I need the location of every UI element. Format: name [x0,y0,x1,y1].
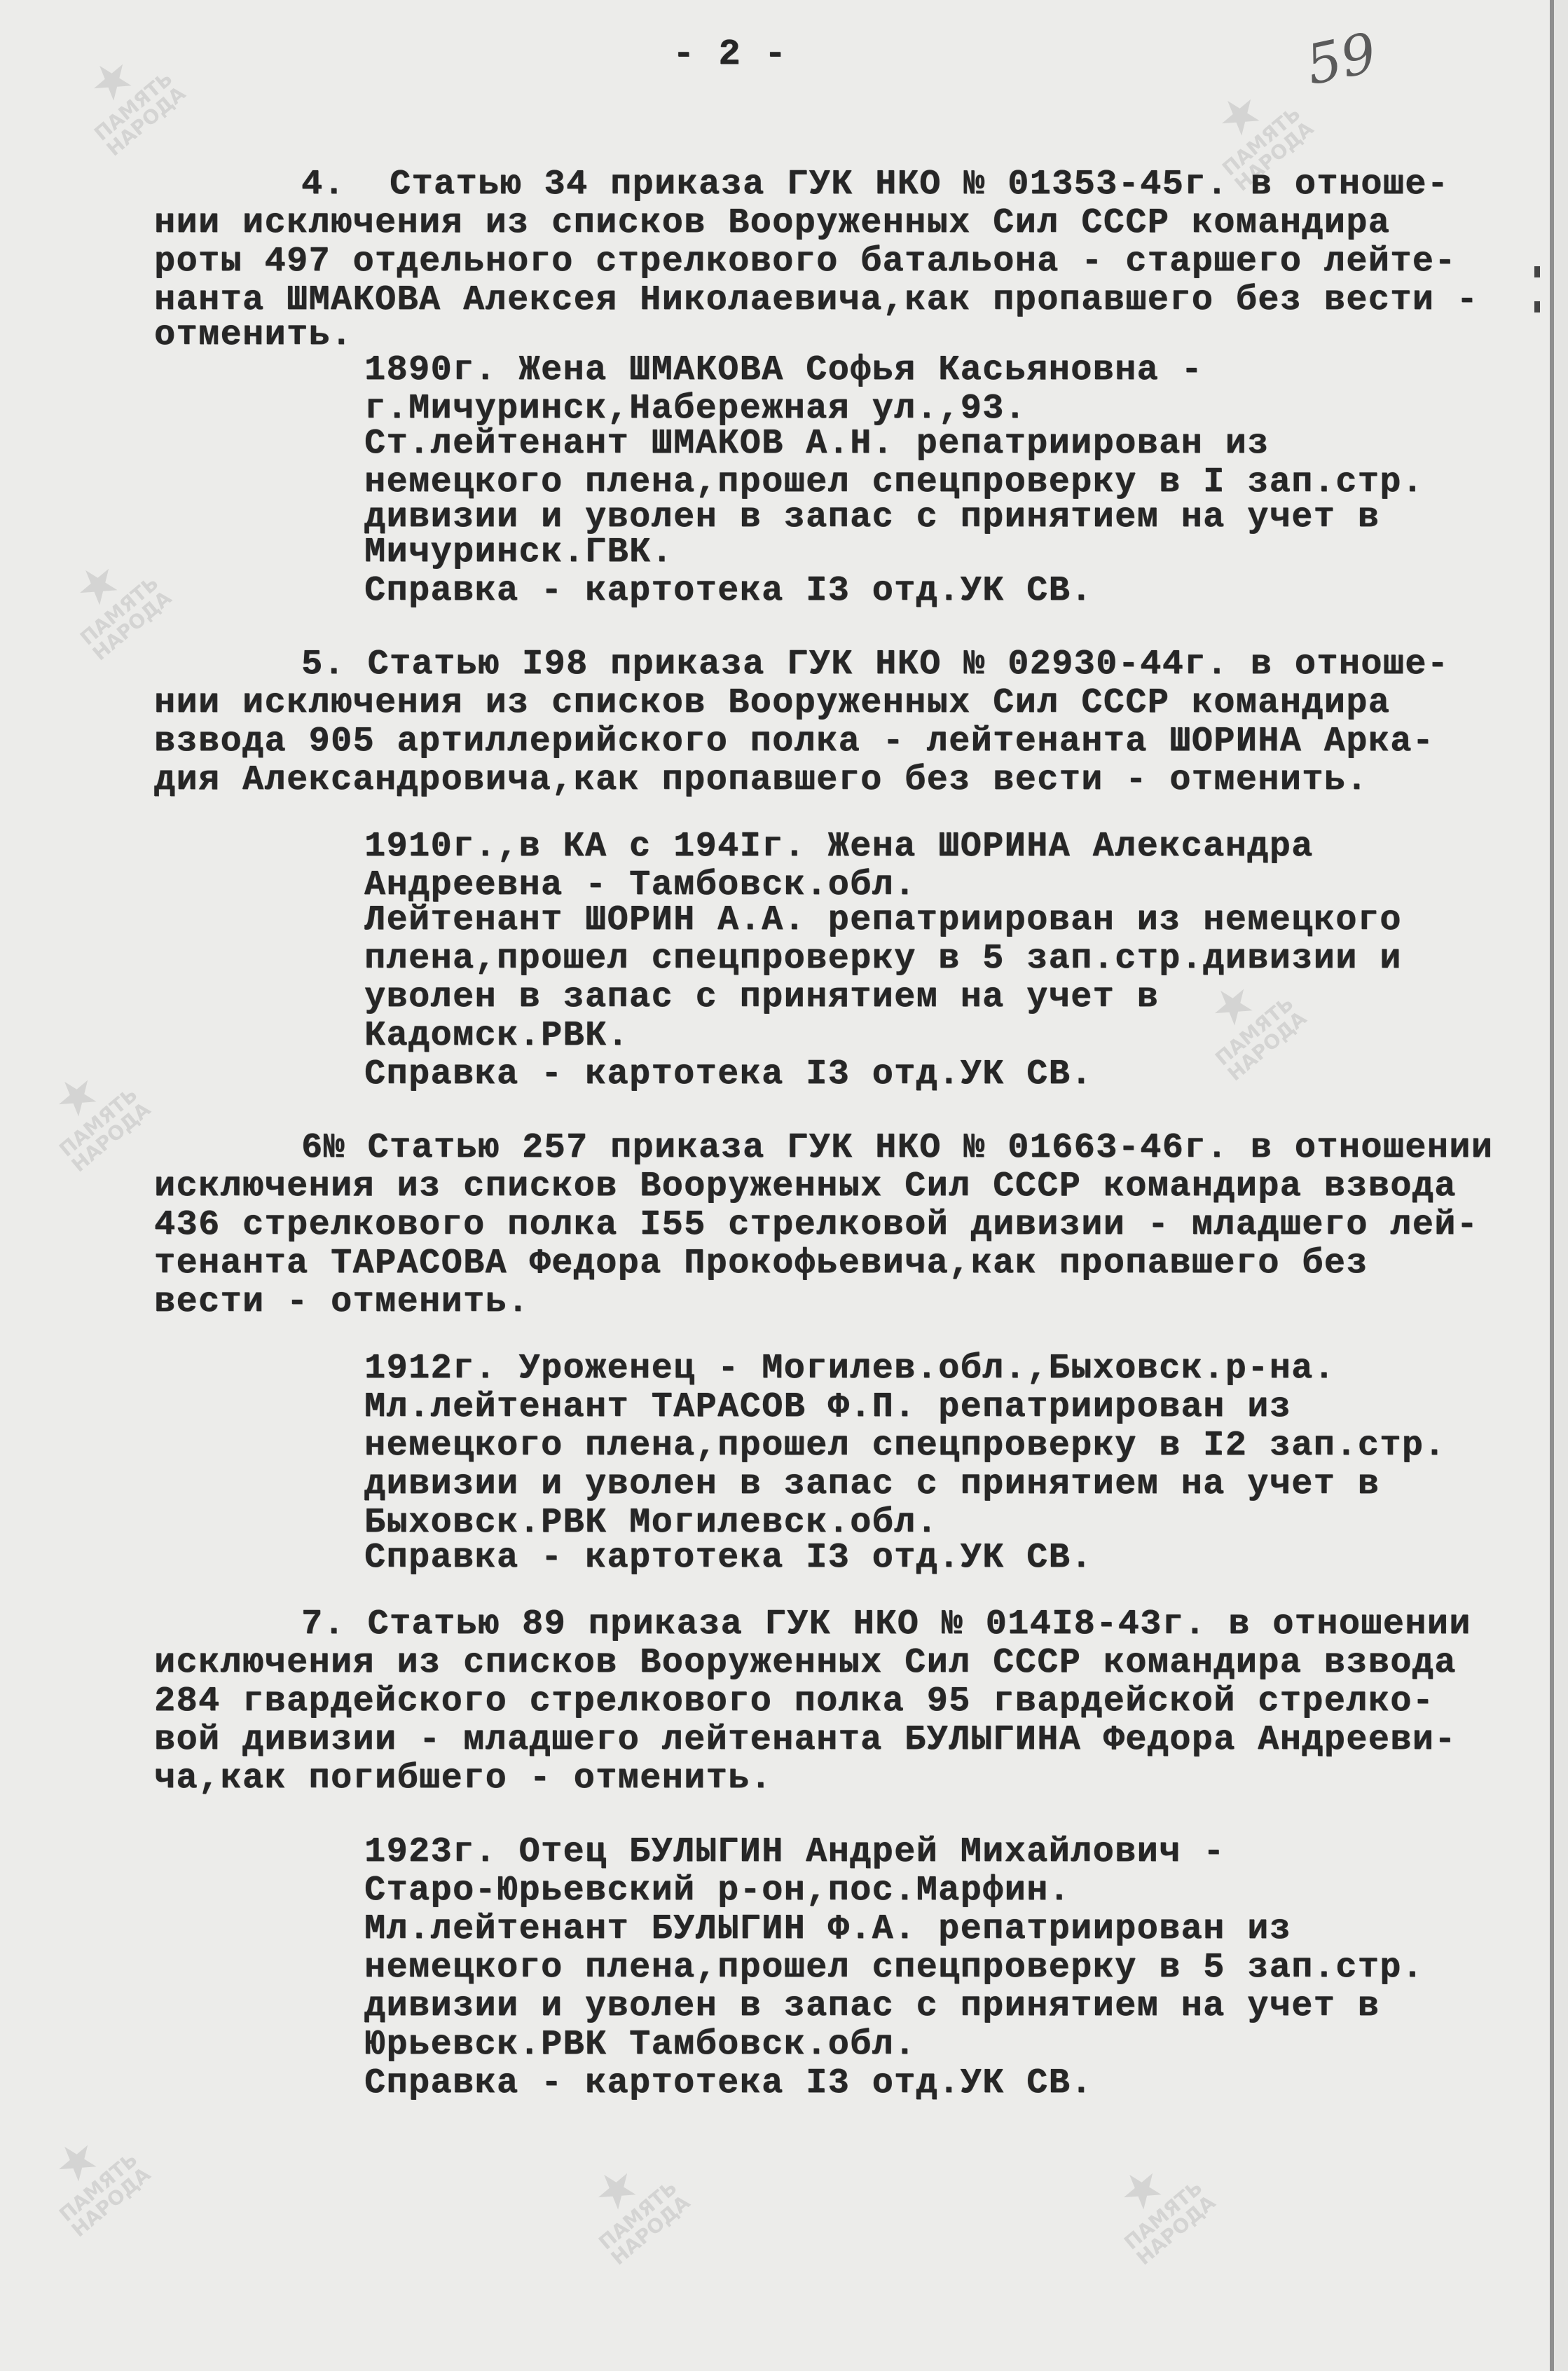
detail-line: Мичуринск.ГВК. [364,532,673,572]
item-line: тенанта ТАРАСОВА Федора Прокофьевича,как… [154,1244,1368,1284]
item-line: нии исключения из списков Вооруженных Си… [154,683,1390,723]
detail-line: дивизии и уволен в запас с принятием на … [364,497,1380,537]
detail-line: Быховск.РВК Могилевск.обл. [364,1503,938,1543]
page-edge [1554,0,1568,2371]
detail-line: Мл.лейтенант БУЛЫГИН Ф.А. репатриирован … [364,1909,1291,1949]
item-line: роты 497 отдельного стрелкового батальон… [154,242,1457,282]
detail-line: Лейтенант ШОРИН А.А. репатриирован из не… [364,900,1402,940]
detail-line: немецкого плена,прошел спецпроверку в I … [364,462,1424,502]
reference-line: Справка - картотека I3 отд.УК СВ. [364,1538,1093,1578]
reference-line: Справка - картотека I3 отд.УК СВ. [364,2063,1093,2103]
reference-line: Справка - картотека I3 отд.УК СВ. [364,1054,1093,1094]
detail-line: Андреевна - Тамбовск.обл. [364,865,916,905]
detail-line: немецкого плена,прошел спецпроверку в 5 … [364,1948,1424,1988]
item-line: 4. Статью 34 приказа ГУК НКО № 01353-45г… [301,165,1449,205]
detail-line: дивизии и уволен в запас с принятием на … [364,1464,1380,1504]
detail-line: Юрьевск.РВК Тамбовск.обл. [364,2025,916,2065]
detail-line: немецкого плена,прошел спецпроверку в I2… [364,1426,1446,1466]
detail-line: плена,прошел спецпроверку в 5 зап.стр.ди… [364,939,1402,979]
item-line: исключения из списков Вооруженных Сил СС… [154,1167,1457,1207]
item-line: нанта ШМАКОВА Алексея Николаевича,как пр… [154,280,1478,320]
page-number: - 2 - [673,34,788,75]
edge-mark [1534,301,1540,312]
item-line: дия Александровича,как пропавшего без ве… [154,760,1368,800]
detail-line: 1890г. Жена ШМАКОВА Софья Касьяновна - [364,350,1203,390]
item-line: взвода 905 артиллерийского полка - лейте… [154,722,1434,762]
item-line: вой дивизии - младшего лейтенанта БУЛЫГИ… [154,1720,1457,1760]
detail-line: 1923г. Отец БУЛЫГИН Андрей Михайлович - [364,1832,1225,1872]
edge-mark [1534,266,1540,277]
item-line: 5. Статью I98 приказа ГУК НКО № 02930-44… [301,645,1449,685]
detail-line: дивизии и уволен в запас с принятием на … [364,1986,1380,2026]
detail-line: г.Мичуринск,Набережная ул.,93. [364,389,1026,429]
item-line: 284 гвардейского стрелкового полка 95 гв… [154,1682,1434,1721]
item-line: 7. Статью 89 приказа ГУК НКО № 014I8-43г… [301,1604,1471,1644]
detail-line: Кадомск.РВК. [364,1016,629,1056]
detail-line: 1912г. Уроженец - Могилев.обл.,Быховск.р… [364,1349,1335,1389]
detail-line: Ст.лейтенант ШМАКОВ А.Н. репатриирован и… [364,424,1270,464]
reference-line: Справка - картотека I3 отд.УК СВ. [364,571,1093,611]
detail-line: уволен в запас с принятием на учет в [364,977,1159,1017]
item-line: исключения из списков Вооруженных Сил СС… [154,1643,1457,1683]
item-line: отменить. [154,315,353,355]
item-line: нии исключения из списков Вооруженных Си… [154,203,1390,243]
detail-line: Старо-Юрьевский р-он,пос.Марфин. [364,1871,1071,1911]
detail-line: 1910г.,в КА с 194Iг. Жена ШОРИНА Алексан… [364,827,1314,867]
item-line: 6№ Статью 257 приказа ГУК НКО № 01663-46… [301,1128,1493,1168]
item-line: ча,как погибшего - отменить. [154,1759,772,1799]
item-line: 436 стрелкового полка I55 стрелковой див… [154,1205,1478,1245]
item-line: вести - отменить. [154,1282,530,1322]
detail-line: Мл.лейтенант ТАРАСОВ Ф.П. репатриирован … [364,1387,1291,1427]
